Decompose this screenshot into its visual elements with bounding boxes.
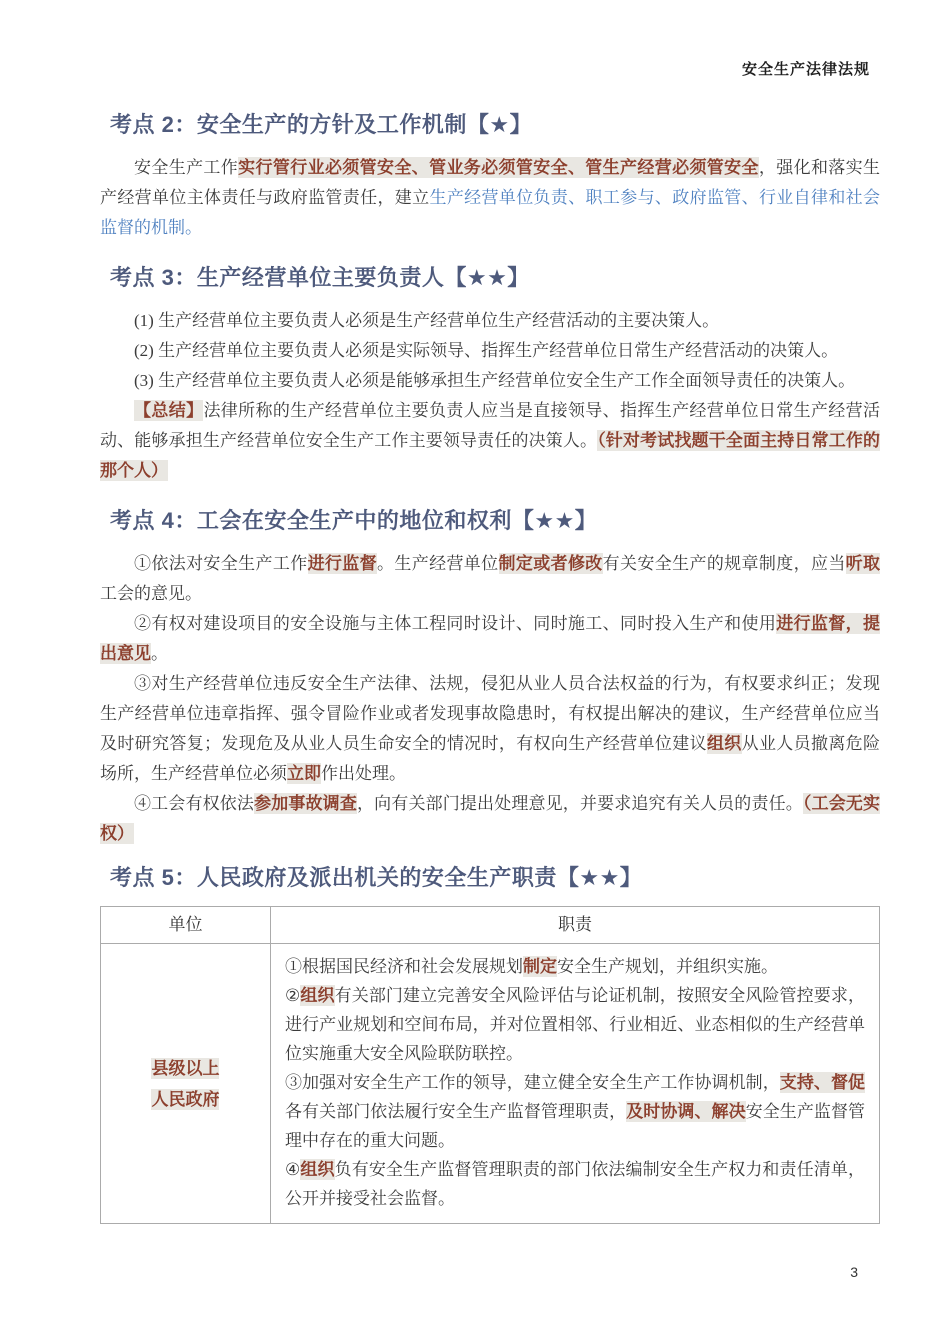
body-text: 工会的意见。	[100, 584, 202, 603]
body-text: ，向有关部门提出处理意见，并要求追究有关人员的责任。	[357, 794, 803, 813]
highlighted-keyword: 组织	[300, 1159, 334, 1180]
body-text: ②	[285, 986, 300, 1005]
section-kaodian-2: 考点 2：安全生产的方针及工作机制【★】 安全生产工作实行管行业必须管安全、管业…	[100, 110, 880, 243]
unit-label: 县级以上人民政府	[151, 1058, 219, 1110]
section-title: 考点 5：人民政府及派出机关的安全生产职责【★★】	[110, 863, 880, 892]
list-item: ④工会有权依法参加事故调查，向有关部门提出处理意见，并要求追究有关人员的责任。（…	[100, 789, 880, 849]
list-item: (2) 生产经营单位主要负责人必须是实际领导、指挥生产经营单位日常生产经营活动的…	[100, 336, 880, 366]
duties-table: 单位 职责 县级以上人民政府 ①根据国民经济和社会发展规划制定安全生产规划，并组…	[100, 906, 880, 1224]
duty-item: ②组织有关部门建立完善安全风险评估与论证机制，按照安全风险管控要求，进行产业规划…	[285, 981, 865, 1068]
highlighted-keyword: 参加事故调查	[254, 793, 357, 814]
document-page: 安全生产法律法规 考点 2：安全生产的方针及工作机制【★】 安全生产工作实行管行…	[0, 0, 950, 1333]
body-text: 安全生产工作	[134, 158, 238, 177]
body-text: (1) 生产经营单位主要负责人必须是生产经营单位生产经营活动的主要决策人。	[134, 311, 719, 330]
list-item: ②有权对建设项目的安全设施与主体工程同时设计、同时施工、同时投入生产和使用进行监…	[100, 609, 880, 669]
body-text: ③加强对安全生产工作的领导，建立健全安全生产工作协调机制，	[285, 1073, 780, 1092]
highlighted-keyword: 进行监督	[308, 553, 377, 574]
section-title: 考点 2：安全生产的方针及工作机制【★】	[110, 110, 880, 139]
table-header-unit: 单位	[101, 907, 271, 944]
list-item: ①依法对安全生产工作进行监督。生产经营单位制定或者修改有关安全生产的规章制度，应…	[100, 549, 880, 609]
body-text: ②有权对建设项目的安全设施与主体工程同时设计、同时施工、同时投入生产和使用	[134, 614, 776, 633]
body-text: 有关部门建立完善安全风险评估与论证机制，按照安全风险管控要求，进行产业规划和空间…	[285, 986, 865, 1063]
highlighted-keyword: 制定	[523, 956, 557, 977]
table-header-row: 单位 职责	[101, 907, 880, 944]
highlighted-keyword: 组织	[707, 733, 742, 754]
document-header-title: 安全生产法律法规	[742, 58, 870, 79]
body-text: ④工会有权依法	[134, 794, 254, 813]
duty-cell: ①根据国民经济和社会发展规划制定安全生产规划，并组织实施。 ②组织有关部门建立完…	[271, 944, 880, 1224]
highlighted-keyword: 组织	[300, 985, 334, 1006]
body-text: 负有安全生产监督管理职责的部门依法编制安全生产权力和责任清单，公开并接受社会监督…	[285, 1160, 865, 1208]
list-item: (3) 生产经营单位主要负责人必须是能够承担生产经营单位安全生产工作全面领导责任…	[100, 366, 880, 396]
section-kaodian-3: 考点 3：生产经营单位主要负责人【★★】 (1) 生产经营单位主要负责人必须是生…	[100, 263, 880, 486]
unit-label-wrap: 县级以上人民政府	[150, 1053, 221, 1115]
body-text: 有关安全生产的规章制度，应当	[603, 554, 846, 573]
section-title: 考点 4：工会在安全生产中的地位和权利【★★】	[110, 506, 880, 535]
highlighted-keyword: 【总结】	[134, 400, 203, 421]
summary-paragraph: 【总结】法律所称的生产经营单位主要负责人应当是直接领导、指挥生产经营单位日常生产…	[100, 396, 880, 486]
page-number: 3	[850, 1264, 858, 1280]
highlighted-keyword: 制定或者修改	[499, 553, 603, 574]
body-text: 作出处理。	[321, 764, 406, 783]
highlighted-keyword: 立即	[287, 763, 321, 784]
body-text: 各有关部门依法履行安全生产监督管理职责，	[285, 1102, 626, 1121]
highlighted-keyword: 支持、督促	[780, 1072, 865, 1093]
body-text: (3) 生产经营单位主要负责人必须是能够承担生产经营单位安全生产工作全面领导责任…	[134, 371, 855, 390]
body-text: 。生产经营单位	[377, 554, 499, 573]
duty-item: ①根据国民经济和社会发展规划制定安全生产规划，并组织实施。	[285, 952, 865, 981]
body-text: (2) 生产经营单位主要负责人必须是实际领导、指挥生产经营单位日常生产经营活动的…	[134, 341, 838, 360]
section-kaodian-5: 考点 5：人民政府及派出机关的安全生产职责【★★】 单位 职责 县级以上人民政府	[100, 863, 880, 1224]
table-header-duty: 职责	[271, 907, 880, 944]
highlighted-keyword: 及时协调、解决	[626, 1101, 745, 1122]
body-text: 安全生产规划，并组织实施。	[557, 957, 778, 976]
highlighted-keyword: 听取	[846, 553, 880, 574]
duty-item: ③加强对安全生产工作的领导，建立健全安全生产工作协调机制，支持、督促各有关部门依…	[285, 1068, 865, 1155]
body-text: ④	[285, 1160, 300, 1179]
body-text: ①依法对安全生产工作	[134, 554, 308, 573]
highlighted-keyword: 实行管行业必须管安全、管业务必须管安全、管生产经营必须管安全	[238, 157, 759, 178]
section-kaodian-4: 考点 4：工会在安全生产中的地位和权利【★★】 ①依法对安全生产工作进行监督。生…	[100, 506, 880, 849]
document-content: 考点 2：安全生产的方针及工作机制【★】 安全生产工作实行管行业必须管安全、管业…	[100, 110, 880, 1224]
body-text: 。	[151, 644, 168, 663]
paragraph: 安全生产工作实行管行业必须管安全、管业务必须管安全、管生产经营必须管安全，强化和…	[100, 153, 880, 243]
list-item: (1) 生产经营单位主要负责人必须是生产经营单位生产经营活动的主要决策人。	[100, 306, 880, 336]
unit-cell: 县级以上人民政府	[101, 944, 271, 1224]
list-item: ③对生产经营单位违反安全生产法律、法规，侵犯从业人员合法权益的行为，有权要求纠正…	[100, 669, 880, 789]
body-text: ①根据国民经济和社会发展规划	[285, 957, 523, 976]
table-row: 县级以上人民政府 ①根据国民经济和社会发展规划制定安全生产规划，并组织实施。 ②…	[101, 944, 880, 1224]
section-title: 考点 3：生产经营单位主要负责人【★★】	[110, 263, 880, 292]
duty-item: ④组织负有安全生产监督管理职责的部门依法编制安全生产权力和责任清单，公开并接受社…	[285, 1155, 865, 1213]
